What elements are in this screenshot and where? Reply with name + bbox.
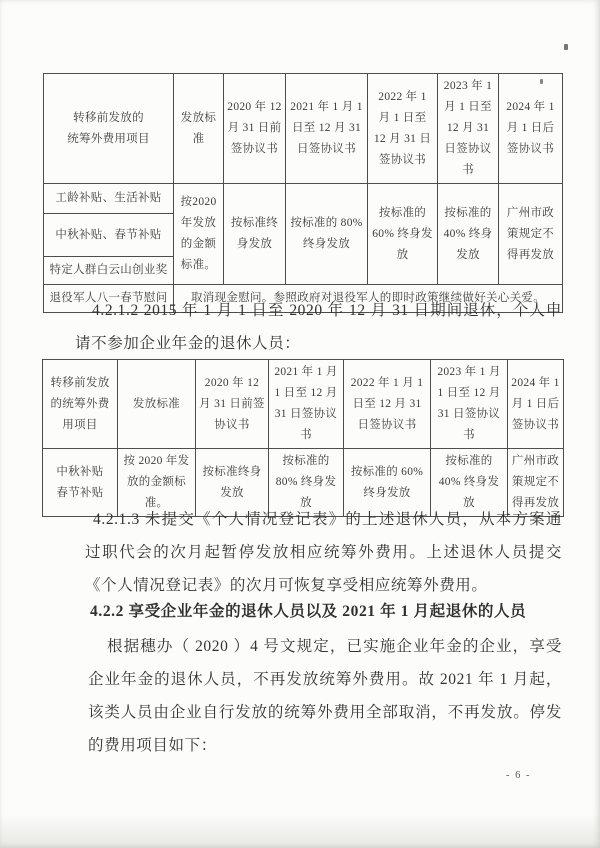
header-standard-column: 发放标准 (174, 74, 224, 184)
item-cell: 中秋补贴、春节补贴 (44, 214, 174, 257)
page-number: - 6 - (506, 770, 531, 781)
header-standard-column: 发放标准 (118, 360, 196, 449)
header-2020-column: 2020 年 12 月 31 日前签协议书 (196, 360, 269, 449)
header-2022-column: 2022 年 1 月 1 日至 12 月 31 日签协议书 (344, 360, 431, 449)
value-cell: 按标准的 40% 终身发放 (438, 184, 499, 285)
paragraph-4-2-1-3: 4.2.1.3 未提交《个人情况登记表》的上述退休人员，从本方案通过职代会的次月… (40, 503, 562, 602)
standard-cell: 按2020年发放的金额标准。 (174, 184, 224, 285)
value-cell: 广州市政策规定不得再发放 (499, 184, 563, 285)
pre-2015-retirees-table: 转移前发放的 统筹外费用项目 发放标准 2020 年 12 月 31 日前签协议… (43, 73, 563, 313)
header-2024-column: 2024 年 1 月 1 日后签协议书 (508, 360, 564, 449)
heading-4-2-2: 4.2.2 享受企业年金的退休人员以及 2021 年 1 月起退休的人员 (90, 597, 562, 627)
table-header-row: 转移前发放的 统筹外费用项目 发放标准 2020 年 12 月 31 日前签协议… (44, 74, 563, 184)
item-cell: 工龄补贴、生活补贴 (44, 184, 174, 214)
table-row: 工龄补贴、生活补贴 按2020年发放的金额标准。 按标准终身发放 按标准的 80… (44, 184, 563, 214)
header-item-column: 转移前发放 的统筹外费 用项目 (43, 360, 118, 449)
document-page: 转移前发放的 统筹外费用项目 发放标准 2020 年 12 月 31 日前签协议… (0, 0, 600, 848)
paragraph-4-2-1-2: 4.2.1.2 2015 年 1 月 1 日至 2020 年 12 月 31 日… (40, 294, 562, 360)
header-2022-column: 2022 年 1 月 1 日至 12 月 31 日签协议书 (368, 74, 438, 184)
header-2020-column: 2020 年 12 月 31 日前签协议书 (224, 74, 286, 184)
item-cell: 特定人群白云山创业奖 (44, 257, 174, 285)
header-2024-column: 2024 年 1 月 1 日后签协议书 (499, 74, 563, 184)
value-cell: 按标准终身发放 (224, 184, 286, 285)
scan-speck (564, 44, 568, 50)
2015-2020-retirees-table: 转移前发放 的统筹外费 用项目 发放标准 2020 年 12 月 31 日前签协… (42, 359, 564, 517)
table-header-row: 转移前发放 的统筹外费 用项目 发放标准 2020 年 12 月 31 日前签协… (43, 360, 564, 449)
value-cell: 按标准的 80% 终身发放 (286, 184, 368, 285)
paragraph-4-2-2: 根据穗办（ 2020 ）4 号文规定，已实施企业年金的企业，享受企业年金的退休人… (40, 630, 562, 762)
header-2021-column: 2021 年 1 月 1 日至 12 月 31 日签协议书 (286, 74, 368, 184)
header-2023-column: 2023 年 1 月 1 日至 12 月 31 日签协议书 (431, 360, 508, 449)
header-item-column: 转移前发放的 统筹外费用项目 (44, 74, 174, 184)
scan-shadow (0, 814, 600, 848)
value-cell: 按标准的 60% 终身发放 (368, 184, 438, 285)
header-2023-column: 2023 年 1 月 1 日至 12 月 31 日签协议书 (438, 74, 499, 184)
header-2021-column: 2021 年 1 月 1 日至 12 月 31 日签协议书 (269, 360, 344, 449)
